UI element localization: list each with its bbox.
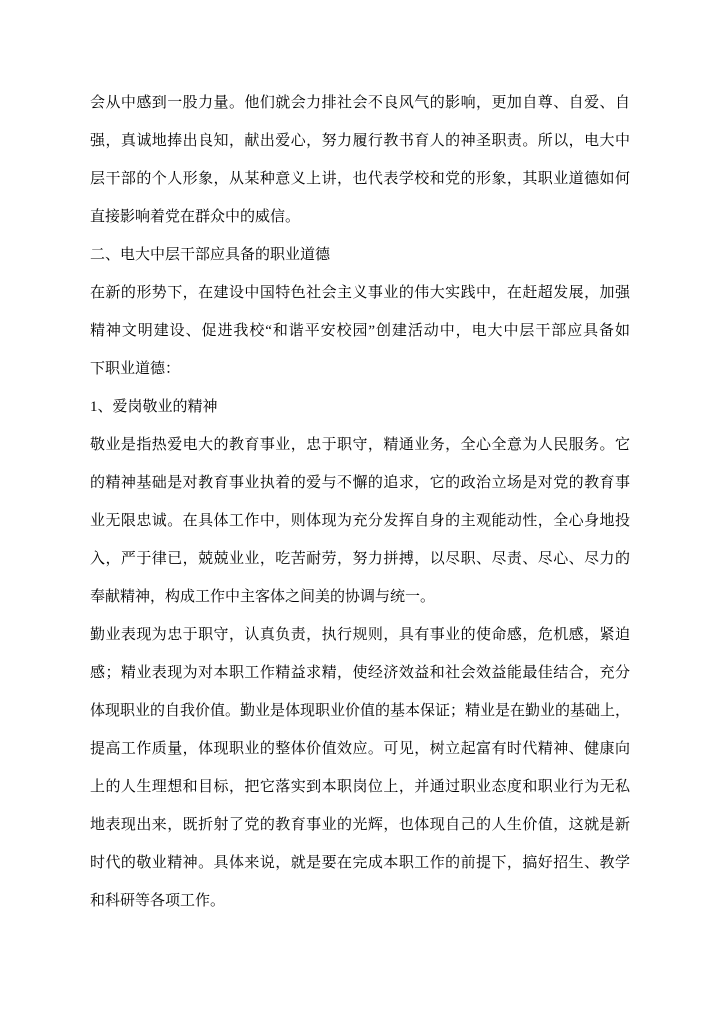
text-line: 提高工作质量，体现职业的整体价值效应。可见，树立起富有时代精神、健康向 [90, 730, 630, 768]
heading-line: 二、电大中层干部应具备的职业道德 [90, 236, 630, 274]
heading-line: 1、爱岗敬业的精神 [90, 388, 630, 426]
paragraph: 在新的形势下，在建设中国特色社会主义事业的伟大实践中，在赶超发展，加强精神文明建… [90, 274, 630, 388]
document-text-column: 会从中感到一股力量。他们就会力排社会不良风气的影响，更加自尊、自爱、自强，真诚地… [90, 84, 630, 920]
text-line: 在新的形势下，在建设中国特色社会主义事业的伟大实践中，在赶超发展，加强 [90, 274, 630, 312]
text-line: 的精神基础是对教育事业执着的爱与不懈的追求，它的政治立场是对党的教育事 [90, 464, 630, 502]
text-line: 下职业道德： [90, 350, 630, 388]
paragraph: 会从中感到一股力量。他们就会力排社会不良风气的影响，更加自尊、自爱、自强，真诚地… [90, 84, 630, 236]
text-line: 会从中感到一股力量。他们就会力排社会不良风气的影响，更加自尊、自爱、自 [90, 84, 630, 122]
text-line: 直接影响着党在群众中的威信。 [90, 198, 630, 236]
text-line: 上的人生理想和目标，把它落实到本职岗位上，并通过职业态度和职业行为无私 [90, 768, 630, 806]
section-heading: 1、爱岗敬业的精神 [90, 388, 630, 426]
text-line: 入，严于律已，兢兢业业，吃苦耐劳，努力拼搏，以尽职、尽责、尽心、尽力的 [90, 540, 630, 578]
section-heading: 二、电大中层干部应具备的职业道德 [90, 236, 630, 274]
text-line: 精神文明建设、促进我校“和谐平安校园”创建活动中，电大中层干部应具备如 [90, 312, 630, 350]
text-line: 和科研等各项工作。 [90, 882, 630, 920]
text-line: 勤业表现为忠于职守，认真负责，执行规则，具有事业的使命感，危机感，紧迫 [90, 616, 630, 654]
text-line: 敬业是指热爱电大的教育事业，忠于职守，精通业务，全心全意为人民服务。它 [90, 426, 630, 464]
text-line: 层干部的个人形象，从某种意义上讲，也代表学校和党的形象，其职业道德如何 [90, 160, 630, 198]
paragraph: 勤业表现为忠于职守，认真负责，执行规则，具有事业的使命感，危机感，紧迫感；精业表… [90, 616, 630, 920]
text-line: 感；精业表现为对本职工作精益求精，使经济效益和社会效益能最佳结合，充分 [90, 654, 630, 692]
paragraph: 敬业是指热爱电大的教育事业，忠于职守，精通业务，全心全意为人民服务。它的精神基础… [90, 426, 630, 616]
text-line: 时代的敬业精神。具体来说，就是要在完成本职工作的前提下，搞好招生、教学 [90, 844, 630, 882]
text-line: 奉献精神，构成工作中主客体之间美的协调与统一。 [90, 578, 630, 616]
text-line: 强，真诚地捧出良知，献出爱心，努力履行教书育人的神圣职责。所以，电大中 [90, 122, 630, 160]
text-line: 体现职业的自我价值。勤业是体现职业价值的基本保证；精业是在勤业的基础上， [90, 692, 630, 730]
text-line: 业无限忠诚。在具体工作中，则体现为充分发挥自身的主观能动性，全心身地投 [90, 502, 630, 540]
document-page: 会从中感到一股力量。他们就会力排社会不良风气的影响，更加自尊、自爱、自强，真诚地… [0, 0, 721, 1020]
text-line: 地表现出来，既折射了党的教育事业的光辉，也体现自己的人生价值，这就是新 [90, 806, 630, 844]
